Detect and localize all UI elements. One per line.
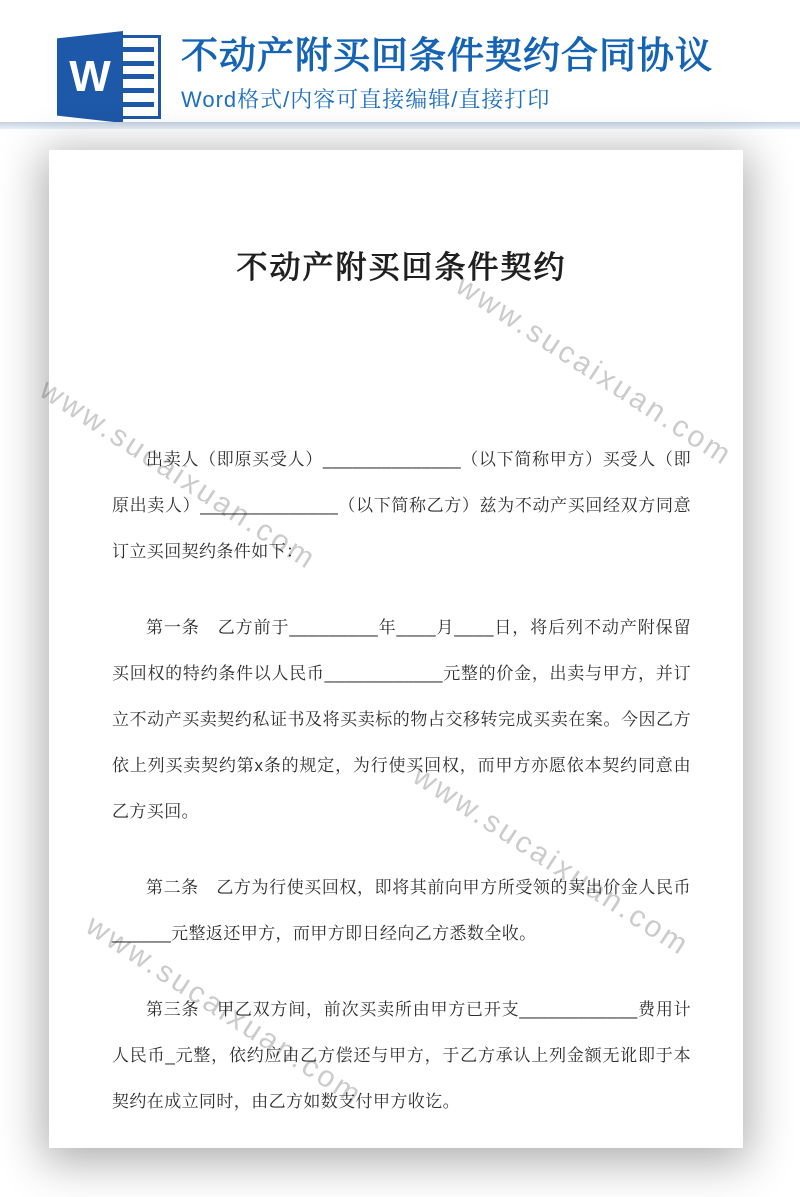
document-page: 不动产附买回条件契约 出卖人（即原买受人）______________（以下简称… (49, 150, 743, 1148)
contract-paragraph-article-3: 第三条 甲乙双方间，前次买卖所由甲方已开支____________费用计人民币_… (112, 987, 691, 1125)
site-header: W 不动产附买回条件契约合同协议 Word格式/内容可直接编辑/直接打印 (0, 0, 800, 122)
word-icon-line (121, 61, 154, 66)
page-subtitle: Word格式/内容可直接编辑/直接打印 (181, 83, 713, 114)
header-text: 不动产附买回条件契约合同协议 Word格式/内容可直接编辑/直接打印 (181, 34, 713, 114)
word-icon-line (121, 47, 154, 52)
word-icon-line (121, 88, 154, 93)
word-icon-line (121, 102, 154, 107)
document-body: 出卖人（即原买受人）______________（以下简称甲方）买受人（即原出卖… (112, 437, 691, 1125)
document-title: 不动产附买回条件契约 (112, 242, 691, 287)
contract-paragraph-article-1: 第一条 乙方前于_________年____月____日，将后列不动产附保留买回… (112, 605, 691, 835)
contract-paragraph-intro: 出卖人（即原买受人）______________（以下简称甲方）买受人（即原出卖… (112, 437, 691, 575)
header-divider (0, 122, 800, 129)
page-title: 不动产附买回条件契约合同协议 (181, 34, 713, 78)
word-icon: W (57, 31, 161, 123)
page-canvas: W 不动产附买回条件契约合同协议 Word格式/内容可直接编辑/直接打印 www… (0, 0, 800, 1197)
word-icon-letter: W (69, 55, 111, 99)
word-icon-line (121, 74, 154, 79)
word-icon-front: W (57, 31, 123, 123)
document-preview-area: www.sucaixuan.com www.sucaixuan.com www.… (0, 129, 800, 1197)
contract-paragraph-article-2: 第二条 乙方为行使买回权，即将其前向甲方所受领的卖出价金人民币______元整返… (112, 865, 691, 957)
